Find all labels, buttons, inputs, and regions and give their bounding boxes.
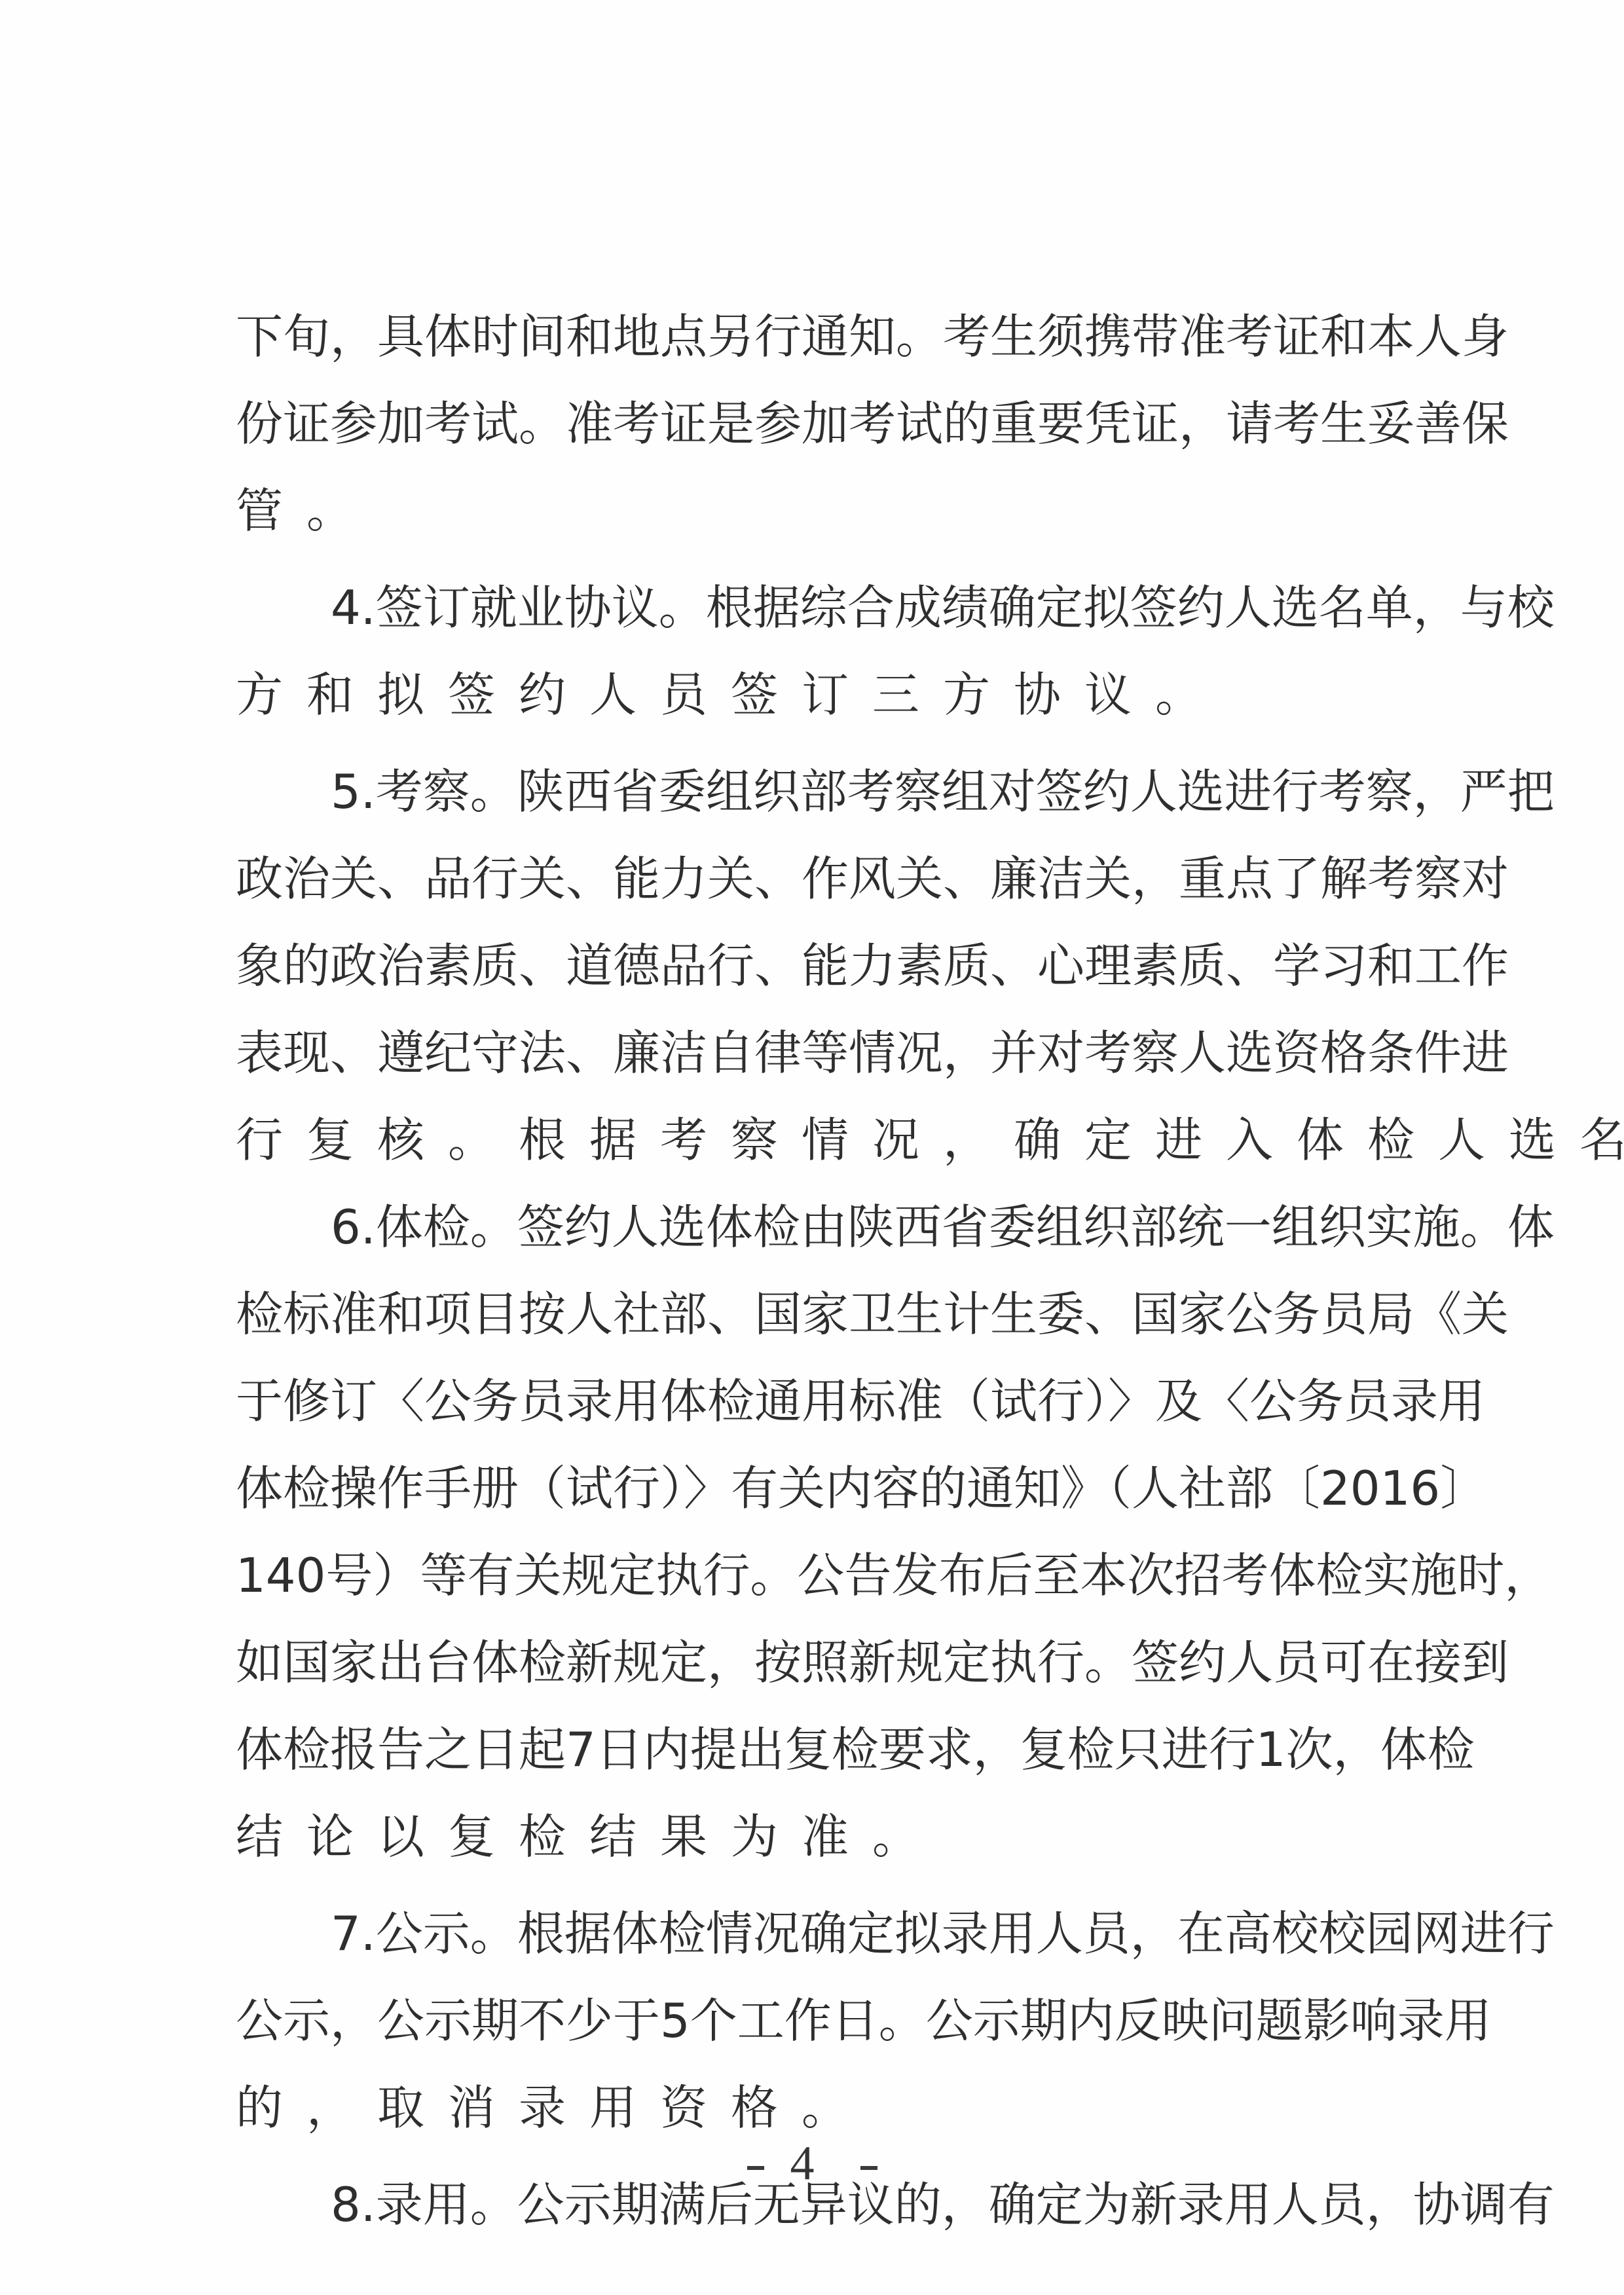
text-line: 管。 bbox=[236, 468, 1434, 564]
text-line-heading: 5.考察。陕西省委组织部考察组对签约人选进行考察，严把 bbox=[236, 748, 1434, 835]
text-line: 结论以复检结果为准。 bbox=[236, 1793, 1434, 1890]
page-number-value: 4 bbox=[790, 2137, 834, 2190]
page-number-dash-right bbox=[860, 2166, 877, 2170]
text-line: 体检操作手册（试行）〉有关内容的通知》（人社部〔2016〕 bbox=[236, 1445, 1434, 1532]
text-line: 政治关、品行关、能力关、作风关、廉洁关，重点了解考察对 bbox=[236, 835, 1434, 923]
page-number-dash-left bbox=[747, 2166, 764, 2170]
text-line: 行复核。根据考察情况，确定进入体检人选名单。 bbox=[236, 1097, 1434, 1184]
paragraph-public-notice: 7.公示。根据体检情况确定拟录用人员，在高校校园网进行 公示，公示期不少于5个工… bbox=[236, 1890, 1434, 2161]
text-line: 检标准和项目按人社部、国家卫生计生委、国家公务员局《关 bbox=[236, 1271, 1434, 1358]
text-line: 于修订〈公务员录用体检通用标准（试行）〉及〈公务员录用 bbox=[236, 1358, 1434, 1445]
text-line-heading: 7.公示。根据体检情况确定拟录用人员，在高校校园网进行 bbox=[236, 1890, 1434, 1977]
text-line: 140号）等有关规定执行。公告发布后至本次招考体检实施时， bbox=[236, 1532, 1434, 1619]
paragraph-continuation: 下旬，具体时间和地点另行通知。考生须携带准考证和本人身 份证参加考试。准考证是参… bbox=[236, 293, 1434, 564]
text-line: 表现、遵纪守法、廉洁自律等情况，并对考察人选资格条件进 bbox=[236, 1010, 1434, 1097]
text-line: 份证参加考试。准考证是参加考试的重要凭证，请考生妥善保 bbox=[236, 380, 1434, 468]
document-page: 下旬，具体时间和地点另行通知。考生须携带准考证和本人身 份证参加考试。准考证是参… bbox=[0, 0, 1624, 2295]
document-body: 下旬，具体时间和地点另行通知。考生须携带准考证和本人身 份证参加考试。准考证是参… bbox=[236, 293, 1434, 2249]
text-line-heading: 6.体检。签约人选体检由陕西省委组织部统一组织实施。体 bbox=[236, 1184, 1434, 1271]
text-line-heading: 4.签订就业协议。根据综合成绩确定拟签约人选名单，与校 bbox=[236, 564, 1434, 652]
text-line: 体检报告之日起7日内提出复检要求，复检只进行1次，体检 bbox=[236, 1706, 1434, 1793]
page-number: 4 bbox=[0, 2136, 1624, 2192]
text-line: 下旬，具体时间和地点另行通知。考生须携带准考证和本人身 bbox=[236, 293, 1434, 380]
text-line: 方和拟签约人员签订三方协议。 bbox=[236, 652, 1434, 748]
paragraph-sign-employment-agreement: 4.签订就业协议。根据综合成绩确定拟签约人选名单，与校 方和拟签约人员签订三方协… bbox=[236, 564, 1434, 748]
text-line: 象的政治素质、道德品行、能力素质、心理素质、学习和工作 bbox=[236, 923, 1434, 1010]
text-line: 公示，公示期不少于5个工作日。公示期内反映问题影响录用 bbox=[236, 1977, 1434, 2065]
paragraph-medical-exam: 6.体检。签约人选体检由陕西省委组织部统一组织实施。体 检标准和项目按人社部、国… bbox=[236, 1184, 1434, 1890]
text-line: 如国家出台体检新规定，按照新规定执行。签约人员可在接到 bbox=[236, 1619, 1434, 1706]
paragraph-inspection: 5.考察。陕西省委组织部考察组对签约人选进行考察，严把 政治关、品行关、能力关、… bbox=[236, 748, 1434, 1184]
